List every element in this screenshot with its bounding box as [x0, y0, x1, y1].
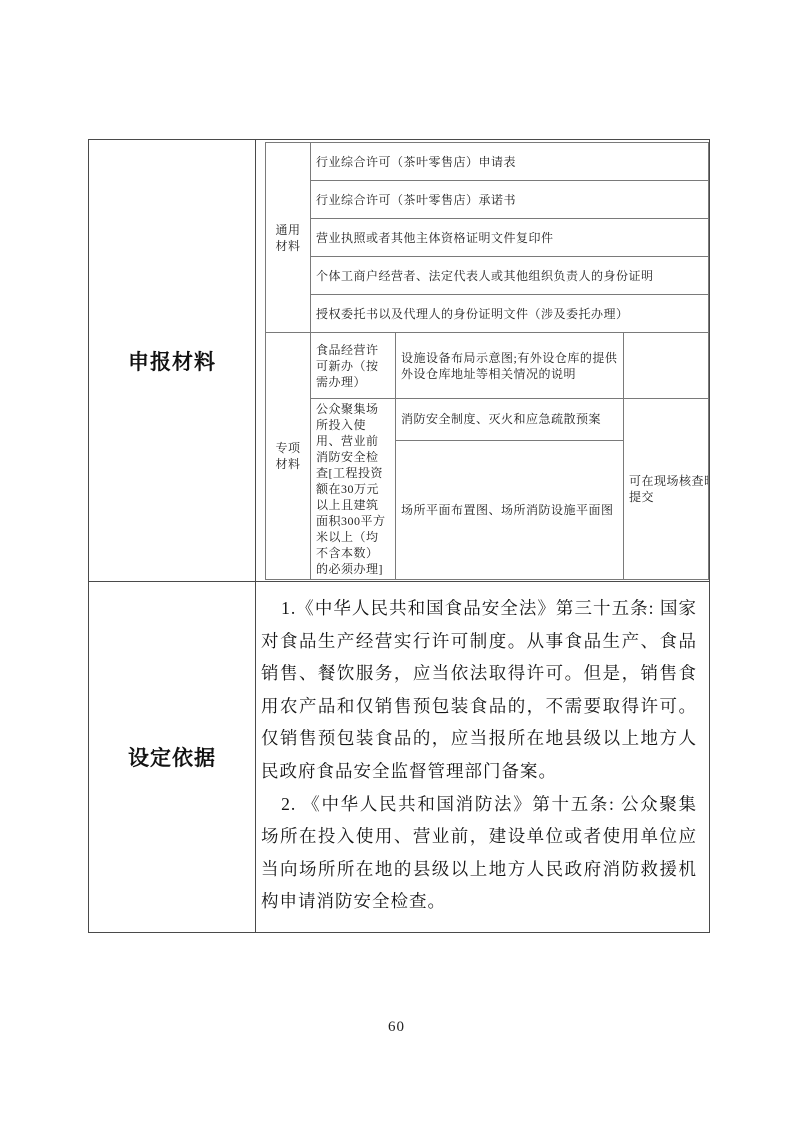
- materials-table: 通用材料 行业综合许可（茶叶零售店）申请表 行业综合许可（茶叶零售店）承诺书 营…: [265, 142, 709, 580]
- row-label-legal-basis: 设定依据: [89, 581, 255, 933]
- table-row: 授权委托书以及代理人的身份证明文件（涉及委托办理）: [266, 295, 709, 333]
- note-clip: 可在现场核查时提交: [629, 473, 709, 505]
- special-material-item: 设施设备布局示意图;有外设仓库的提供外设仓库地址等相关情况的说明: [396, 333, 624, 399]
- table-row: 个体工商户经营者、法定代表人或其他组织负责人的身份证明: [266, 257, 709, 295]
- empty-note-cell: [624, 333, 709, 399]
- page-number: 60: [0, 1019, 793, 1036]
- table-row: 专项材料 食品经营许可新办（按需办理） 设施设备布局示意图;有外设仓库的提供外设…: [266, 333, 709, 399]
- general-materials-label: 通用材料: [266, 143, 311, 333]
- general-material-item: 行业综合许可（茶叶零售店）承诺书: [311, 181, 709, 219]
- table-row: 行业综合许可（茶叶零售店）承诺书: [266, 181, 709, 219]
- general-material-item: 营业执照或者其他主体资格证明文件复印件: [311, 219, 709, 257]
- special-group-name-fire-check: 公众聚集场所投入使用、营业前消防安全检查[工程投资额在30万元以上且建筑面积30…: [311, 399, 396, 580]
- general-material-item: 行业综合许可（茶叶零售店）申请表: [311, 143, 709, 181]
- main-table: 申报材料 设定依据 通用材料 行业综合许可（茶叶零售店）申请表 行业综合许可（茶…: [88, 139, 710, 933]
- legal-paragraph-food-safety-law: 1.《中华人民共和国食品安全法》第三十五条: 国家对食品生产经营实行许可制度。从…: [261, 592, 697, 788]
- legal-basis-cell: 1.《中华人民共和国食品安全法》第三十五条: 国家对食品生产经营实行许可制度。从…: [256, 582, 710, 933]
- legal-paragraph-fire-protection-law: 2. 《中华人民共和国消防法》第十五条: 公众聚集场所在投入使用、营业前，建设单…: [261, 788, 697, 918]
- document-page: 申报材料 设定依据 通用材料 行业综合许可（茶叶零售店）申请表 行业综合许可（茶…: [0, 0, 793, 1122]
- general-material-item: 个体工商户经营者、法定代表人或其他组织负责人的身份证明: [311, 257, 709, 295]
- table-row: 通用材料 行业综合许可（茶叶零售店）申请表: [266, 143, 709, 181]
- note-cell: 可在现场核查时提交: [624, 399, 709, 580]
- special-group-name-food-permit: 食品经营许可新办（按需办理）: [311, 333, 396, 399]
- row-label-application-materials: 申报材料: [89, 140, 255, 581]
- onsite-check-note: 可在现场核查时提交: [629, 473, 709, 505]
- special-materials-label: 专项材料: [266, 333, 311, 580]
- table-row: 公众聚集场所投入使用、营业前消防安全检查[工程投资额在30万元以上且建筑面积30…: [266, 399, 709, 441]
- general-material-item: 授权委托书以及代理人的身份证明文件（涉及委托办理）: [311, 295, 709, 333]
- special-material-item: 消防安全制度、灭火和应急疏散预案: [396, 399, 624, 441]
- table-row: 营业执照或者其他主体资格证明文件复印件: [266, 219, 709, 257]
- special-material-item: 场所平面布置图、场所消防设施平面图: [396, 440, 624, 579]
